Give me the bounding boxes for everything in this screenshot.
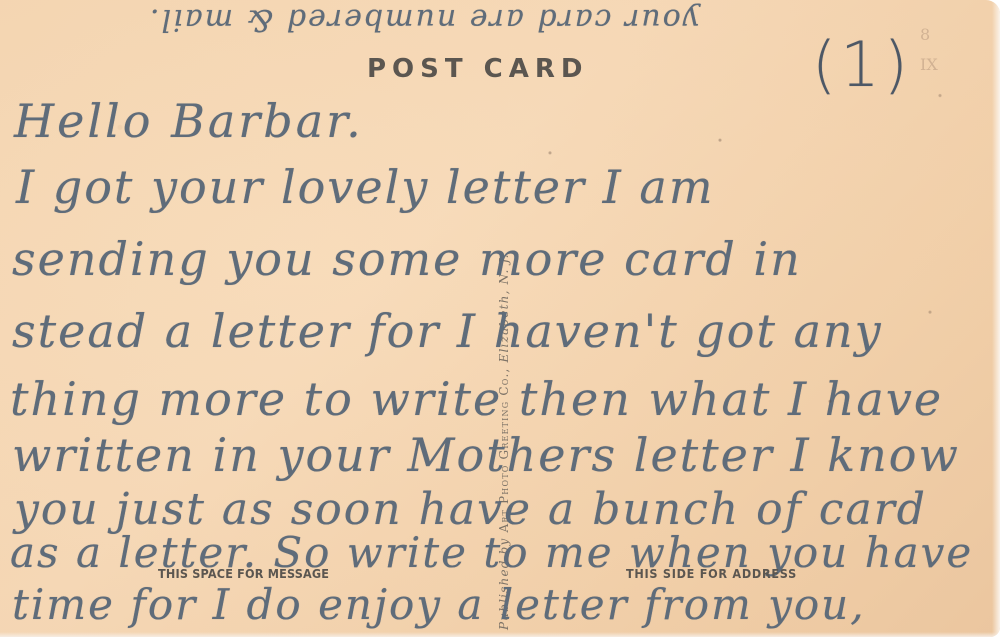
- message-line: written in your Mothers letter I know: [12, 428, 960, 482]
- pencil-mark-number: 8: [920, 20, 938, 50]
- message-line-greeting: Hello Barbar.: [14, 94, 364, 148]
- message-space-label: THIS SPACE FOR MESSAGE: [158, 566, 329, 581]
- message-line-closing: time for I do enjoy a letter from you,: [12, 580, 866, 629]
- message-line: I got your lovely letter I am: [16, 160, 714, 214]
- upside-down-note: your card are numbered & mail.: [148, 2, 700, 37]
- postcard: your card are numbered & mail. POST CARD…: [0, 0, 1000, 637]
- message-line: stead a letter for I haven't got any: [12, 304, 883, 358]
- message-line: as a letter. So write to me when you hav…: [10, 528, 973, 577]
- corner-number-mark: (1): [812, 28, 912, 101]
- pencil-marks: 8 IX: [920, 20, 938, 80]
- message-line: sending you some more card in: [12, 232, 802, 286]
- pencil-mark-roman: IX: [920, 50, 938, 80]
- postcard-title: POST CARD: [367, 54, 588, 84]
- card-right-edge: [992, 0, 1000, 637]
- card-bottom-edge: [0, 632, 1000, 637]
- address-side-label: THIS SIDE FOR ADDRESS: [626, 566, 797, 581]
- message-line: thing more to write then what I have: [10, 372, 943, 426]
